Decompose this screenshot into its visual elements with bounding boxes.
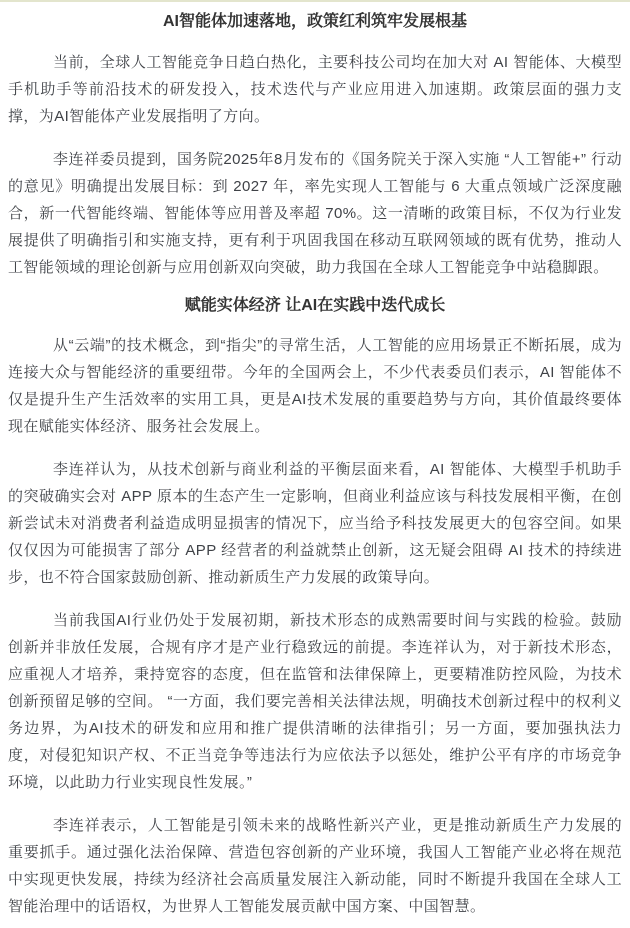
paragraph-conclusion: 李连祥表示，人工智能是引领未来的战略性新兴产业，更是推动新质生产力发展的重要抓手… [8, 812, 622, 920]
paragraph-policy-overview: 当前，全球人工智能竞争日趋白热化，主要科技公司均在加大对 AI 智能体、大模型手… [8, 49, 622, 130]
article-page: AI智能体加速落地，政策红利筑牢发展根基 当前，全球人工智能竞争日趋白热化，主要… [0, 0, 630, 928]
article-title: AI智能体加速落地，政策红利筑牢发展根基 [8, 11, 622, 33]
paragraph-application-scenes: 从“云端”的技术概念，到“指尖”的寻常生活，人工智能的应用场景正不断拓展，成为连… [8, 332, 622, 440]
paragraph-regulation-risk: 当前我国AI行业仍处于发展初期，新技术形态的成熟需要时间与实践的检验。鼓励创新并… [8, 607, 622, 796]
paragraph-innovation-balance: 李连祥认为，从技术创新与商业利益的平衡层面来看，AI 智能体、大模型手机助手的突… [8, 456, 622, 591]
paragraph-policy-goals: 李连祥委员提到，国务院2025年8月发布的《国务院关于深入实施 “人工智能+” … [8, 146, 622, 281]
section-heading-empower-economy: 赋能实体经济 让AI在实践中迭代成长 [8, 295, 622, 316]
